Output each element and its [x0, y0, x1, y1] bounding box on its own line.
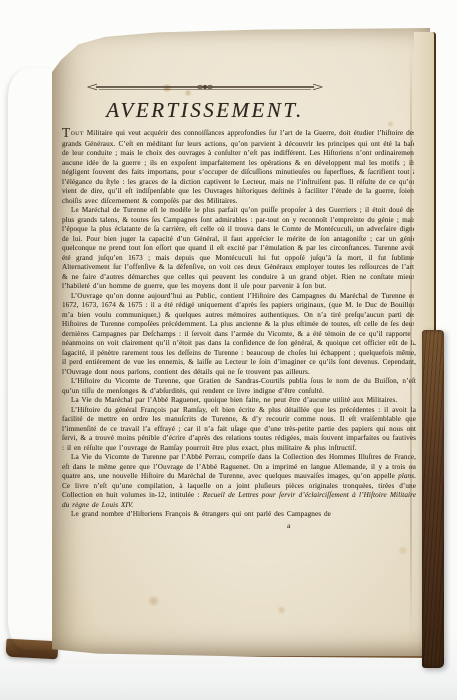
paragraph: La Vie du Maréchal par l’Abbé Raguenet, … — [62, 396, 416, 406]
small-caps: OUT — [71, 131, 84, 137]
page-edges-left — [8, 68, 54, 650]
paragraph: Le grand nombre d’Hiſtoriens François & … — [62, 510, 416, 520]
paragraph: L’Hiſtoire du Vicomte de Turenne, que Gr… — [62, 377, 416, 396]
drop-cap: T — [62, 125, 71, 140]
book-photo: AVERTISSEMENT. TOUT Militaire qui veut a… — [0, 0, 457, 700]
paragraph: L’Hiſtoire du général François par Ramſa… — [62, 406, 416, 454]
signature-mark: a — [62, 521, 416, 530]
ornamental-rule-icon — [86, 82, 324, 94]
chapter-head: AVERTISSEMENT. — [62, 82, 348, 123]
book-page: AVERTISSEMENT. TOUT Militaire qui veut a… — [52, 28, 430, 658]
paragraph: TOUT Militaire qui veut acquérir des con… — [62, 126, 416, 206]
page-title: AVERTISSEMENT. — [62, 97, 348, 123]
page-content: AVERTISSEMENT. TOUT Militaire qui veut a… — [52, 28, 430, 656]
underlying-page-edge — [414, 32, 436, 344]
paragraph: L’Ouvrage qu’on donne aujourd’hui au Pub… — [62, 292, 416, 378]
book: AVERTISSEMENT. TOUT Militaire qui veut a… — [20, 28, 444, 664]
body-text: TOUT Militaire qui veut acquérir des con… — [62, 126, 416, 520]
paragraph: La Vie du Vicomte de Turenne par l’Abbé … — [62, 453, 416, 510]
paragraph: Le Maréchal de Turenne eſt le modèle le … — [62, 206, 416, 292]
leather-binding-right — [422, 330, 444, 668]
